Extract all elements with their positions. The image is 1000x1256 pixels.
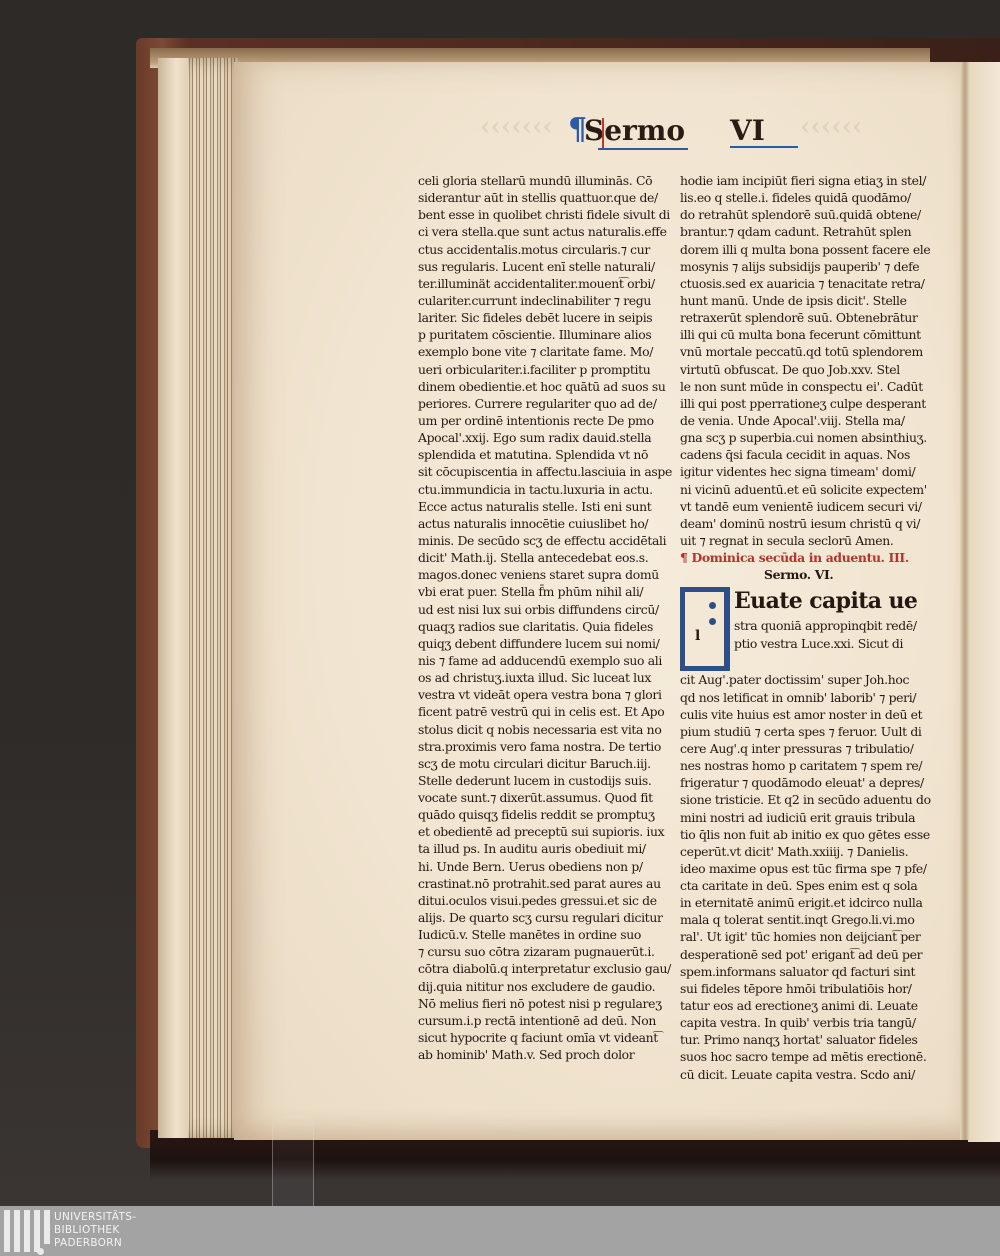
text-line: dij.quia nititur nos excludere de gaudio… bbox=[418, 978, 680, 995]
text-line: ceperūt.vt dicit' Math.xxiiij. ⁊ Danieli… bbox=[680, 843, 942, 860]
text-line: cū dicit. Leuate capita vestra. Scdo ani… bbox=[680, 1066, 942, 1083]
initial-ornament bbox=[709, 618, 716, 625]
text-line: do retrahūt splendorē suū.quidā obtene/ bbox=[680, 206, 942, 223]
text-line: pium studiū ⁊ certa spes ⁊ feruor. Uult … bbox=[680, 723, 942, 740]
text-line: hodie iam incipiūt fieri signa etiaʒ in … bbox=[680, 172, 942, 189]
text-line: siderantur aūt in stellis quattuor.que d… bbox=[418, 189, 680, 206]
text-line: virtutū obfuscat. De quo Job.xxv. Stel bbox=[680, 361, 942, 378]
text-line: quaqʒ radios sue claritatis. Quia fidele… bbox=[418, 618, 680, 635]
text-line: qd nos letificat in omnib' laborib' ⁊ pe… bbox=[680, 689, 942, 706]
text-line: spem.informans saluator qd facturi sint bbox=[680, 963, 942, 980]
text-line: de venia. Unde Apocal'.viij. Stella ma/ bbox=[680, 412, 942, 429]
text-column-left: celi gloria stellarū mundū illuminās. Cō… bbox=[418, 172, 680, 1063]
text-line: suos hoc sacro tempe ad mētis erectionē. bbox=[680, 1048, 942, 1065]
page-fore-edge-light bbox=[158, 58, 188, 1138]
text-line: ral'. Ut igit' tūc homies non deijciant͡… bbox=[680, 928, 942, 945]
text-line: cta caritate in deū. Spes enim est q sol… bbox=[680, 877, 942, 894]
text-line: stra.proximis vero fama nostra. De terti… bbox=[418, 738, 680, 755]
text-line: culis vite huius est amor noster in deū … bbox=[680, 706, 942, 723]
text-line: minis. De secūdo scʒ de effectu accidēta… bbox=[418, 532, 680, 549]
text-line: mosynis ⁊ alijs subsidijs pauperib' ⁊ de… bbox=[680, 258, 942, 275]
sermon-incipit: l Euate capita ue stra quoniā appropinqb… bbox=[680, 585, 942, 671]
text-line: deam' dominū nostrū iesum christū q vi/ bbox=[680, 515, 942, 532]
text-line: ci vera stella.que sunt actus naturalis.… bbox=[418, 223, 680, 240]
text-line: os ad christuʒ.iuxta illud. Sic luceat l… bbox=[418, 669, 680, 686]
text-line: ta illud ps. In auditu auris obediuit mi… bbox=[418, 840, 680, 857]
text-line: ficent patrē vestrū qui in celis est. Et… bbox=[418, 703, 680, 720]
text-line: cadens q̄si facula cecidit in aquas. Nos bbox=[680, 446, 942, 463]
text-line: ud est nisi lux sui orbis diffundens cir… bbox=[418, 601, 680, 618]
facing-page-edge bbox=[968, 62, 1000, 1142]
text-line: sui fideles tēpore hmōi tribulatiōis hor… bbox=[680, 980, 942, 997]
sermon-subheading: Sermo. VI. bbox=[680, 566, 942, 583]
guide-letter: l bbox=[695, 628, 700, 645]
rubrication-stroke bbox=[602, 118, 604, 148]
text-line: cere Aug'.q inter pressuras ⁊ tribulatio… bbox=[680, 740, 942, 757]
text-line: celi gloria stellarū mundū illuminās. Cō bbox=[418, 172, 680, 189]
text-line: tatur eos ad erectioneʒ animi di. Leuate bbox=[680, 997, 942, 1014]
text-block-sermon: cit Aug'.pater doctissim' super Joh.hocq… bbox=[680, 671, 942, 1082]
text-line: illi qui post pperrationeʒ culpe despera… bbox=[680, 395, 942, 412]
text-line: cursum.i.p rectā intentionē ad deū. Non bbox=[418, 1012, 680, 1029]
incipit-text: Euate capita ue stra quoniā appropinqbit… bbox=[734, 585, 942, 651]
decorated-initial: l bbox=[680, 587, 730, 671]
text-line: sicut hypocrite q faciunt omīa vt videan… bbox=[418, 1029, 680, 1046]
header-title: Sermo bbox=[584, 114, 685, 147]
logo-line: UNIVERSITÄTS- bbox=[54, 1211, 136, 1224]
text-line: vbi erat puer. Stella f̄m phūm nihil ali… bbox=[418, 583, 680, 600]
text-line: mala q tolerat sentit.inqt Grego.li.vi.m… bbox=[680, 911, 942, 928]
text-line: ctus accidentalis.motus circularis.⁊ cur bbox=[418, 241, 680, 258]
text-line: quiqʒ debent diffundere lucem sui nomi/ bbox=[418, 635, 680, 652]
text-line: Ecce actus naturalis stelle. Isti eni su… bbox=[418, 498, 680, 515]
text-line: ptio vestra Luce.xxi. Sicut di bbox=[734, 635, 942, 652]
text-line: gna scʒ p superbia.cui nomen absinthiuʒ. bbox=[680, 429, 942, 446]
text-line: scʒ de motu circulari dicitur Baruch.iij… bbox=[418, 755, 680, 772]
text-line: crastinat.nō protrahit.sed parat aures a… bbox=[418, 875, 680, 892]
text-line: vnū mortale peccatū.qd totū splendorem bbox=[680, 343, 942, 360]
text-line: cōtra diabolū.q interpretatur exclusio g… bbox=[418, 960, 680, 977]
text-line: igitur videntes hec signa timeam' domi/ bbox=[680, 463, 942, 480]
text-line: ditui.oculos visui.pedes gressui.et sic … bbox=[418, 892, 680, 909]
text-line: exemplo bone vite ⁊ claritate fame. Mo/ bbox=[418, 343, 680, 360]
text-line: cit Aug'.pater doctissim' super Joh.hoc bbox=[680, 671, 942, 688]
library-logo-text: UNIVERSITÄTS- BIBLIOTHEK PADERBORN bbox=[54, 1211, 136, 1250]
logo-line: PADERBORN bbox=[54, 1237, 136, 1250]
text-line: stra quoniā appropinqbit redē/ bbox=[734, 617, 942, 634]
header-number: VI bbox=[730, 114, 765, 147]
text-line: frigeratur ⁊ quodāmodo eleuat' a depres/ bbox=[680, 774, 942, 791]
text-line: illi qui cū multa bona fecerunt cōmittun… bbox=[680, 326, 942, 343]
logo-dot bbox=[37, 1248, 44, 1255]
text-block-conclusion: hodie iam incipiūt fieri signa etiaʒ in … bbox=[680, 172, 942, 549]
text-line: mini nostri ad iudiciū erit grauis tribu… bbox=[680, 809, 942, 826]
text-line: dorem illi q multa bona possent facere e… bbox=[680, 241, 942, 258]
text-line: brantur.⁊ qdam cadunt. Retrahūt splen bbox=[680, 223, 942, 240]
text-line: um per ordinē intentionis recte De pmo bbox=[418, 412, 680, 429]
text-line: et obedientē ad preceptū sui supioris. i… bbox=[418, 823, 680, 840]
text-line: nes nostras homo p caritatem ⁊ spem re/ bbox=[680, 757, 942, 774]
text-line: Stelle dederunt lucem in custodijs suis. bbox=[418, 772, 680, 789]
header-underline bbox=[730, 146, 798, 148]
text-line: Iudicū.v. Stelle manētes in ordine suo bbox=[418, 926, 680, 943]
text-line: sione tristicie. Et q2 in secūdo aduentu… bbox=[680, 791, 942, 808]
text-line: capita vestra. In quib' verbis tria tang… bbox=[680, 1014, 942, 1031]
text-line: sit cōcupiscentia in affectu.lasciuia in… bbox=[418, 463, 680, 480]
text-line: Nō melius fieri nō potest nisi p regular… bbox=[418, 995, 680, 1012]
text-line: quādo quisqʒ fidelis reddit se promptuʒ bbox=[418, 806, 680, 823]
text-line: ideo maxime opus est tūc firma spe ⁊ pfe… bbox=[680, 860, 942, 877]
text-line: vt tandē eum venientē iudicem securi vi/ bbox=[680, 498, 942, 515]
text-line: Apocal'.xxij. Ego sum radix dauid.stella bbox=[418, 429, 680, 446]
book-stand bbox=[272, 1116, 314, 1207]
text-line: sus regularis. Lucent enī stelle natural… bbox=[418, 258, 680, 275]
text-line: ter.illuminät accidentaliter.mouent͡ orb… bbox=[418, 275, 680, 292]
text-line: lis.eo q stelle.i. fideles quidā quodāmo… bbox=[680, 189, 942, 206]
text-line: le non sunt mūde in conspectu ei'. Cadūt bbox=[680, 378, 942, 395]
text-line: alijs. De quarto scʒ cursu regulari dici… bbox=[418, 909, 680, 926]
text-line: actus naturalis innocētie cuiuslibet ho/ bbox=[418, 515, 680, 532]
text-line: tio q̄lis non fuit ab initio ex quo gēte… bbox=[680, 826, 942, 843]
text-line: p puritatem cōscientie. Illuminare alios bbox=[418, 326, 680, 343]
incipit-large-line: Euate capita ue bbox=[734, 585, 942, 617]
text-line: ⁊ cursu suo cōtra zizaram pugnauerūt.i. bbox=[418, 943, 680, 960]
text-line: ni vicinū aduentū.et eū solicite expecte… bbox=[680, 481, 942, 498]
text-line: ctuosis.sed ex auaricia ⁊ tenacitate ret… bbox=[680, 275, 942, 292]
text-line: bent esse in quolibet christi fidele siv… bbox=[418, 206, 680, 223]
text-line: lariter. Sic fideles debēt lucere in sei… bbox=[418, 309, 680, 326]
library-footer: UNIVERSITÄTS- BIBLIOTHEK PADERBORN bbox=[0, 1206, 1000, 1256]
text-line: dicit' Math.ij. Stella antecedebat eos.s… bbox=[418, 549, 680, 566]
rubric-heading: ¶ Dominica secūda in aduentu. III. bbox=[680, 549, 942, 566]
running-header: ¶ Sermo VI bbox=[480, 112, 810, 152]
text-line: periores. Currere regulariter quo ad de/ bbox=[418, 395, 680, 412]
logo-line: BIBLIOTHEK bbox=[54, 1224, 136, 1237]
text-column-right: hodie iam incipiūt fieri signa etiaʒ in … bbox=[680, 172, 942, 1083]
text-line: nis ⁊ fame ad adducendū exemplo suo ali bbox=[418, 652, 680, 669]
text-line: hunt manū. Unde de ipsis dicit'. Stelle bbox=[680, 292, 942, 309]
text-line: splendida et matutina. Splendida vt nō bbox=[418, 446, 680, 463]
text-line: ab hominib' Math.v. Sed proch dolor bbox=[418, 1046, 680, 1063]
text-line: in eternitatē animū erigit.et idcirco nu… bbox=[680, 894, 942, 911]
text-line: hi. Unde Bern. Uerus obediens non p/ bbox=[418, 858, 680, 875]
text-line: ueri orbiculariter.i.faciliter p prompti… bbox=[418, 361, 680, 378]
text-line: retraxerūt splendorē suū. Obtenebrātur bbox=[680, 309, 942, 326]
text-line: stolus dicit q nobis necessaria est vita… bbox=[418, 721, 680, 738]
header-underline bbox=[598, 148, 688, 150]
page-gutter bbox=[960, 62, 970, 1140]
text-line: vestra vt videāt opera vestra bona ⁊ glo… bbox=[418, 686, 680, 703]
initial-ornament bbox=[709, 602, 716, 609]
text-line: uit ⁊ regnat in secula seclorū Amen. bbox=[680, 532, 942, 549]
text-line: desperationē sed pot' erigant͡ ad deū pe… bbox=[680, 946, 942, 963]
text-line: magos.donec veniens staret supra domū bbox=[418, 566, 680, 583]
text-line: tur. Primo nanqʒ hortat' saluator fidele… bbox=[680, 1031, 942, 1048]
text-line: vocate sunt.⁊ dixerūt.assumus. Quod fit bbox=[418, 789, 680, 806]
text-line: ctu.immundicia in tactu.luxuria in actu. bbox=[418, 481, 680, 498]
text-line: dinem obedientie.et hoc quātū ad suos su bbox=[418, 378, 680, 395]
text-line: culariter.currunt indeclinabiliter ⁊ reg… bbox=[418, 292, 680, 309]
